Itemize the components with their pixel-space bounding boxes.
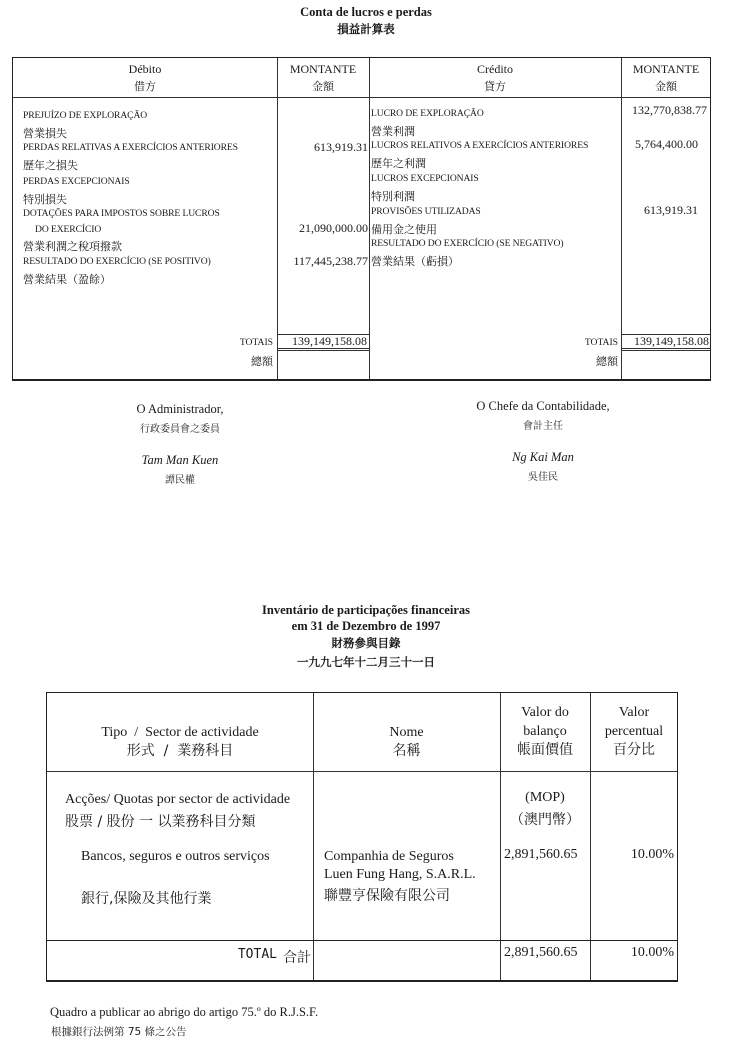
book-value-header-label-zh: 帳面價值 bbox=[500, 741, 590, 760]
signature-name-zh: 吳佳民 bbox=[428, 468, 658, 483]
name-header: Nome 名稱 bbox=[313, 723, 500, 761]
debit-item-amount: 21,090,000.00 bbox=[299, 221, 368, 236]
inventory-title-zh: 財務參與目錄 bbox=[0, 635, 732, 651]
row-percent: 10.00% bbox=[631, 847, 674, 863]
credit-header: Crédito 貸方 bbox=[369, 58, 621, 98]
percent-header-label: percentual bbox=[590, 722, 678, 741]
signature-name: Ng Kai Man bbox=[428, 450, 658, 465]
divider bbox=[369, 58, 370, 379]
category-label-zh: 股票 / 股份 一 以業務科目分類 bbox=[65, 811, 256, 831]
credit-totals-label: TOTAIS bbox=[585, 337, 618, 348]
debit-item-label-zh: 營業利潤之稅項撥款 bbox=[23, 238, 122, 254]
credit-item-label-zh: 歷年之利潤 bbox=[371, 155, 426, 171]
row-name-line2: Luen Fung Hang, S.A.R.L. bbox=[324, 867, 476, 883]
credit-item-amount: 5,764,400.00 bbox=[635, 137, 698, 152]
amount-header-label: MONTANTE bbox=[621, 60, 711, 78]
credit-item-label: LUCROS RELATIVOS A EXERCÍCIOS ANTERIORES bbox=[371, 140, 588, 151]
row-name-zh: 聯豐亨保險有限公司 bbox=[324, 885, 450, 905]
debit-item-label: PERDAS RELATIVAS A EXERCÍCIOS ANTERIORES bbox=[23, 142, 238, 153]
signature-name: Tam Man Kuen bbox=[80, 453, 280, 468]
signature-accountant: O Chefe da Contabilidade, 會計主任 Ng Kai Ma… bbox=[428, 399, 658, 483]
type-header-label: Tipo / Sector de actividade bbox=[47, 723, 313, 742]
signature-role-zh: 行政委員會之委員 bbox=[80, 420, 280, 435]
header-divider bbox=[47, 771, 677, 772]
percent-header: Valor percentual 百分比 bbox=[590, 703, 678, 760]
book-value-header-label: Valor do bbox=[500, 703, 590, 722]
credit-amount-header: MONTANTE 金額 bbox=[621, 58, 711, 98]
credit-item-label: PROVISÕES UTILIZADAS bbox=[371, 206, 481, 217]
debit-item-label-zh: 歷年之損失 bbox=[23, 157, 78, 173]
debit-amount-header: MONTANTE 金額 bbox=[277, 58, 369, 98]
signature-role: O Administrador, bbox=[80, 402, 280, 417]
divider bbox=[277, 58, 278, 379]
total-percent: 10.00% bbox=[631, 945, 674, 961]
signature-role-zh: 會計主任 bbox=[428, 417, 658, 432]
credit-header-label-zh: 貸方 bbox=[369, 78, 621, 96]
credit-item-label: LUCRO DE EXPLORAÇÃO bbox=[371, 108, 484, 119]
amount-header-label-zh: 金額 bbox=[621, 78, 711, 96]
credit-item-label: LUCROS EXCEPCIONAIS bbox=[371, 173, 479, 184]
total-divider bbox=[47, 940, 677, 941]
credit-item-amount: 132,770,838.77 bbox=[632, 103, 707, 118]
total-label-zh: 合計 bbox=[283, 947, 311, 967]
total-book-value: 2,891,560.65 bbox=[504, 945, 578, 961]
debit-item-label-zh: 特別損失 bbox=[23, 191, 67, 207]
debit-item-label: PERDAS EXCEPCIONAIS bbox=[23, 176, 130, 187]
book-value-header-label: balanço bbox=[500, 722, 590, 741]
footer-note: Quadro a publicar ao abrigo do artigo 75… bbox=[50, 1005, 318, 1020]
signature-role: O Chefe da Contabilidade, bbox=[428, 399, 658, 414]
signature-administrator: O Administrador, 行政委員會之委員 Tam Man Kuen 譚… bbox=[80, 402, 280, 486]
inventory-date-zh: 一九九七年十二月三十一日 bbox=[0, 654, 732, 670]
credit-total-amount: 139,149,158.08 bbox=[622, 334, 711, 351]
credit-header-label: Crédito bbox=[369, 60, 621, 78]
debit-totals-label-zh: 總額 bbox=[251, 353, 273, 369]
row-name: Companhia de Seguros bbox=[324, 849, 454, 865]
debit-totals-label: TOTAIS bbox=[240, 337, 273, 348]
type-header-label-zh: 形式 / 業務科目 bbox=[47, 742, 313, 761]
debit-item-amount: 613,919.31 bbox=[314, 140, 368, 155]
inventory-title-line2: em 31 de Dezembro de 1997 bbox=[0, 619, 732, 634]
row-sector: Bancos, seguros e outros serviços bbox=[81, 849, 270, 865]
credit-item-label-zh: 備用金之使用 bbox=[371, 221, 437, 237]
debit-item-label: DOTAÇÕES PARA IMPOSTOS SOBRE LUCROS bbox=[23, 208, 220, 219]
credit-item-label-zh: 營業結果（虧損） bbox=[371, 253, 459, 269]
row-book-value: 2,891,560.65 bbox=[504, 847, 578, 863]
percent-header-label: Valor bbox=[590, 703, 678, 722]
debit-item-label: RESULTADO DO EXERCÍCIO (SE POSITIVO) bbox=[23, 256, 211, 267]
total-label: TOTAL bbox=[238, 947, 277, 962]
debit-header-label: Débito bbox=[13, 60, 277, 78]
credit-item-label-zh: 營業利潤 bbox=[371, 123, 415, 139]
debit-item-label-zh: 營業損失 bbox=[23, 125, 67, 141]
currency-label: (MOP) bbox=[500, 790, 590, 806]
footer-note-zh: 根據銀行法例第 75 條之公告 bbox=[51, 1024, 187, 1039]
credit-item-label: RESULTADO DO EXERCÍCIO (SE NEGATIVO) bbox=[371, 238, 563, 249]
name-header-label: Nome bbox=[313, 723, 500, 742]
credit-item-amount: 613,919.31 bbox=[644, 203, 698, 218]
currency-label-zh: （澳門幣） bbox=[500, 809, 590, 829]
amount-header-label-zh: 金額 bbox=[277, 78, 369, 96]
debit-header: Débito 借方 bbox=[13, 58, 277, 98]
debit-total-amount: 139,149,158.08 bbox=[278, 334, 369, 351]
profit-loss-title-zh: 損益計算表 bbox=[0, 21, 732, 37]
inventory-table: Tipo / Sector de actividade 形式 / 業務科目 No… bbox=[46, 692, 678, 982]
row-sector-zh: 銀行,保險及其他行業 bbox=[81, 888, 211, 908]
category-label: Acções/ Quotas por sector de actividade bbox=[65, 792, 290, 808]
credit-item-label-zh: 特別利潤 bbox=[371, 188, 415, 204]
debit-item-label: PREJUÍZO DE EXPLORAÇÃO bbox=[23, 110, 147, 121]
debit-item-amount: 117,445,238.77 bbox=[293, 254, 368, 269]
type-header: Tipo / Sector de actividade 形式 / 業務科目 bbox=[47, 723, 313, 761]
inventory-title-line1: Inventário de participações financeiras bbox=[0, 603, 732, 618]
book-value-header: Valor do balanço 帳面價值 bbox=[500, 703, 590, 760]
credit-totals-label-zh: 總額 bbox=[596, 353, 618, 369]
debit-item-label-zh: 營業結果（盈餘） bbox=[23, 271, 111, 287]
debit-header-label-zh: 借方 bbox=[13, 78, 277, 96]
debit-item-label-cont: DO EXERCÍCIO bbox=[35, 224, 101, 235]
percent-header-label-zh: 百分比 bbox=[590, 741, 678, 760]
signature-name-zh: 譚民權 bbox=[80, 471, 280, 486]
profit-loss-table: Débito 借方 MONTANTE 金額 Crédito 貸方 MONTANT… bbox=[12, 57, 711, 381]
divider bbox=[621, 58, 622, 379]
amount-header-label: MONTANTE bbox=[277, 60, 369, 78]
profit-loss-title: Conta de lucros e perdas bbox=[0, 5, 732, 20]
name-header-label-zh: 名稱 bbox=[313, 742, 500, 761]
